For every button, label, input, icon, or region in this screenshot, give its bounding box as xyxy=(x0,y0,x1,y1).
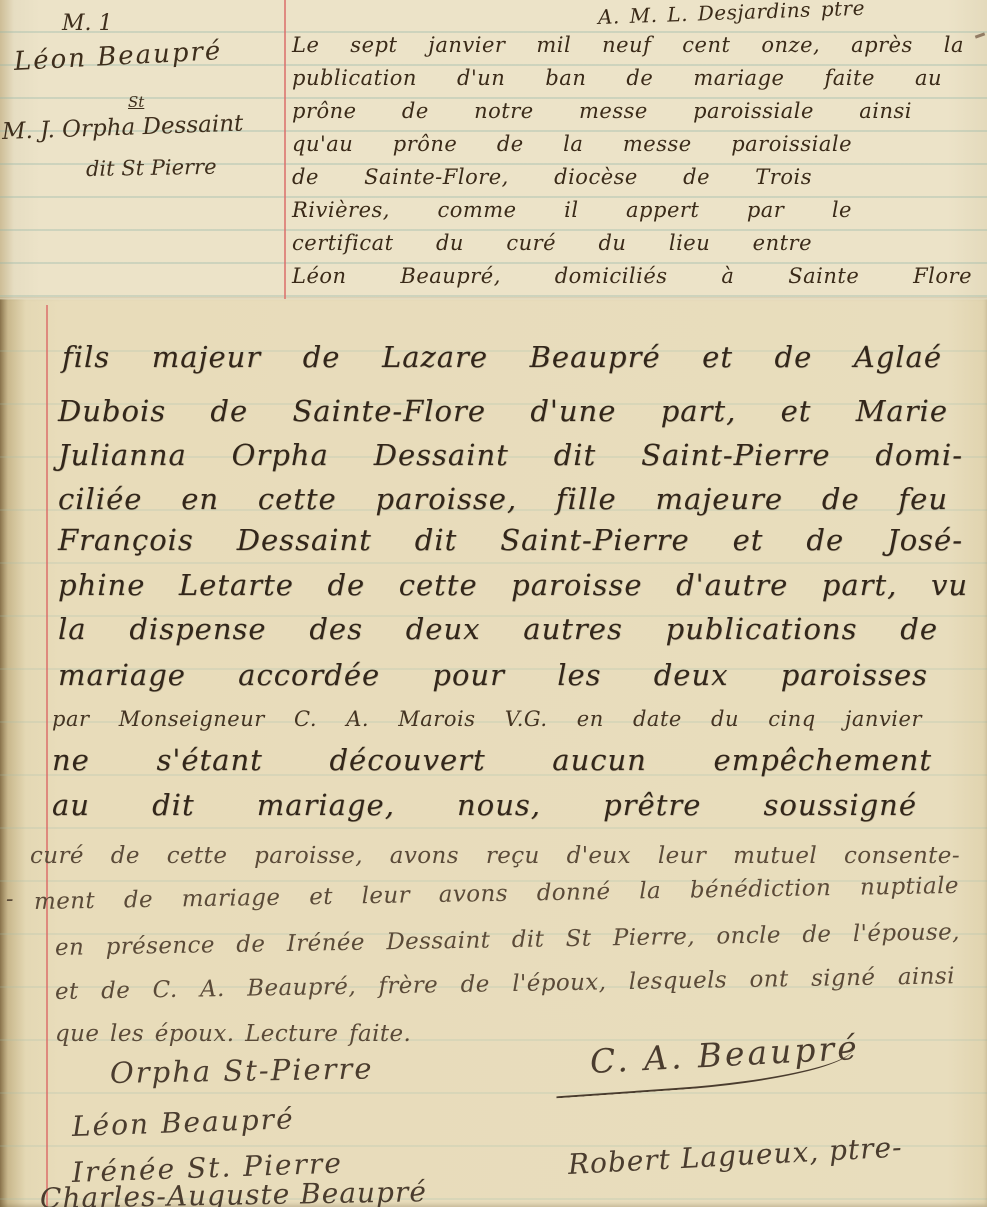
act-line-6: phine Letarte de cette paroisse d'autre … xyxy=(58,570,968,602)
act-line-top-5: de Sainte-Flore, diocèse de Trois xyxy=(292,166,812,189)
act-line-1: fils majeur de Lazare Beaupré et de Agla… xyxy=(62,342,942,374)
red-margin-rule-bottom xyxy=(46,305,48,1207)
act-line-3: Julianna Orpha Dessaint dit Saint-Pierre… xyxy=(58,440,963,472)
act-line-top-4: qu'au prône de la messe paroissiale xyxy=(292,133,852,156)
act-line-16: que les époux. Lecture faite. xyxy=(55,1022,411,1047)
act-line-8: mariage accordée pour les deux paroisses xyxy=(58,660,928,692)
act-line-9: par Monseigneur C. A. Marois V.G. en dat… xyxy=(52,708,922,731)
act-line-top-7: certificat du curé du lieu entre xyxy=(292,232,812,255)
scan-seam xyxy=(0,297,987,300)
act-line-7: la dispense des deux autres publications… xyxy=(58,614,938,646)
act-line-top-3: prône de notre messe paroissiale ainsi xyxy=(292,100,912,123)
act-line-top-8: Léon Beaupré, domiciliés à Sainte Flore xyxy=(292,265,972,288)
act-line-10: ne s'étant découvert aucun empêchement xyxy=(52,745,932,777)
act-line-4: ciliée en cette paroisse, fille majeure … xyxy=(58,484,948,516)
margin-superscript: St xyxy=(128,94,144,111)
act-line-2: Dubois de Sainte-Flore d'une part, et Ma… xyxy=(58,396,948,428)
act-line-11: au dit mariage, nous, prêtre soussigné xyxy=(52,790,917,822)
register-page: M. 1 Léon Beaupré St M. J. Orpha Dessain… xyxy=(0,0,987,1207)
red-margin-rule-top xyxy=(284,0,286,299)
act-line-12: curé de cette paroisse, avons reçu d'eux… xyxy=(30,844,960,869)
act-line-top-6: Rivières, comme il appert par le xyxy=(292,199,852,222)
act-line-top-2: publication d'un ban de mariage faite au xyxy=(292,67,942,90)
signature-extra-witness: Charles-Auguste Beaupré xyxy=(40,1177,427,1207)
act-line-5: François Dessaint dit Saint-Pierre et de… xyxy=(58,525,963,557)
act-line-top-1: Le sept janvier mil neuf cent onze, aprè… xyxy=(292,34,964,57)
margin-bride-dit: dit St Pierre xyxy=(86,156,217,181)
margin-record-number: M. 1 xyxy=(62,12,113,36)
signature-bride: Orpha St-Pierre xyxy=(110,1053,374,1089)
margin-hyphen: - xyxy=(6,888,13,912)
